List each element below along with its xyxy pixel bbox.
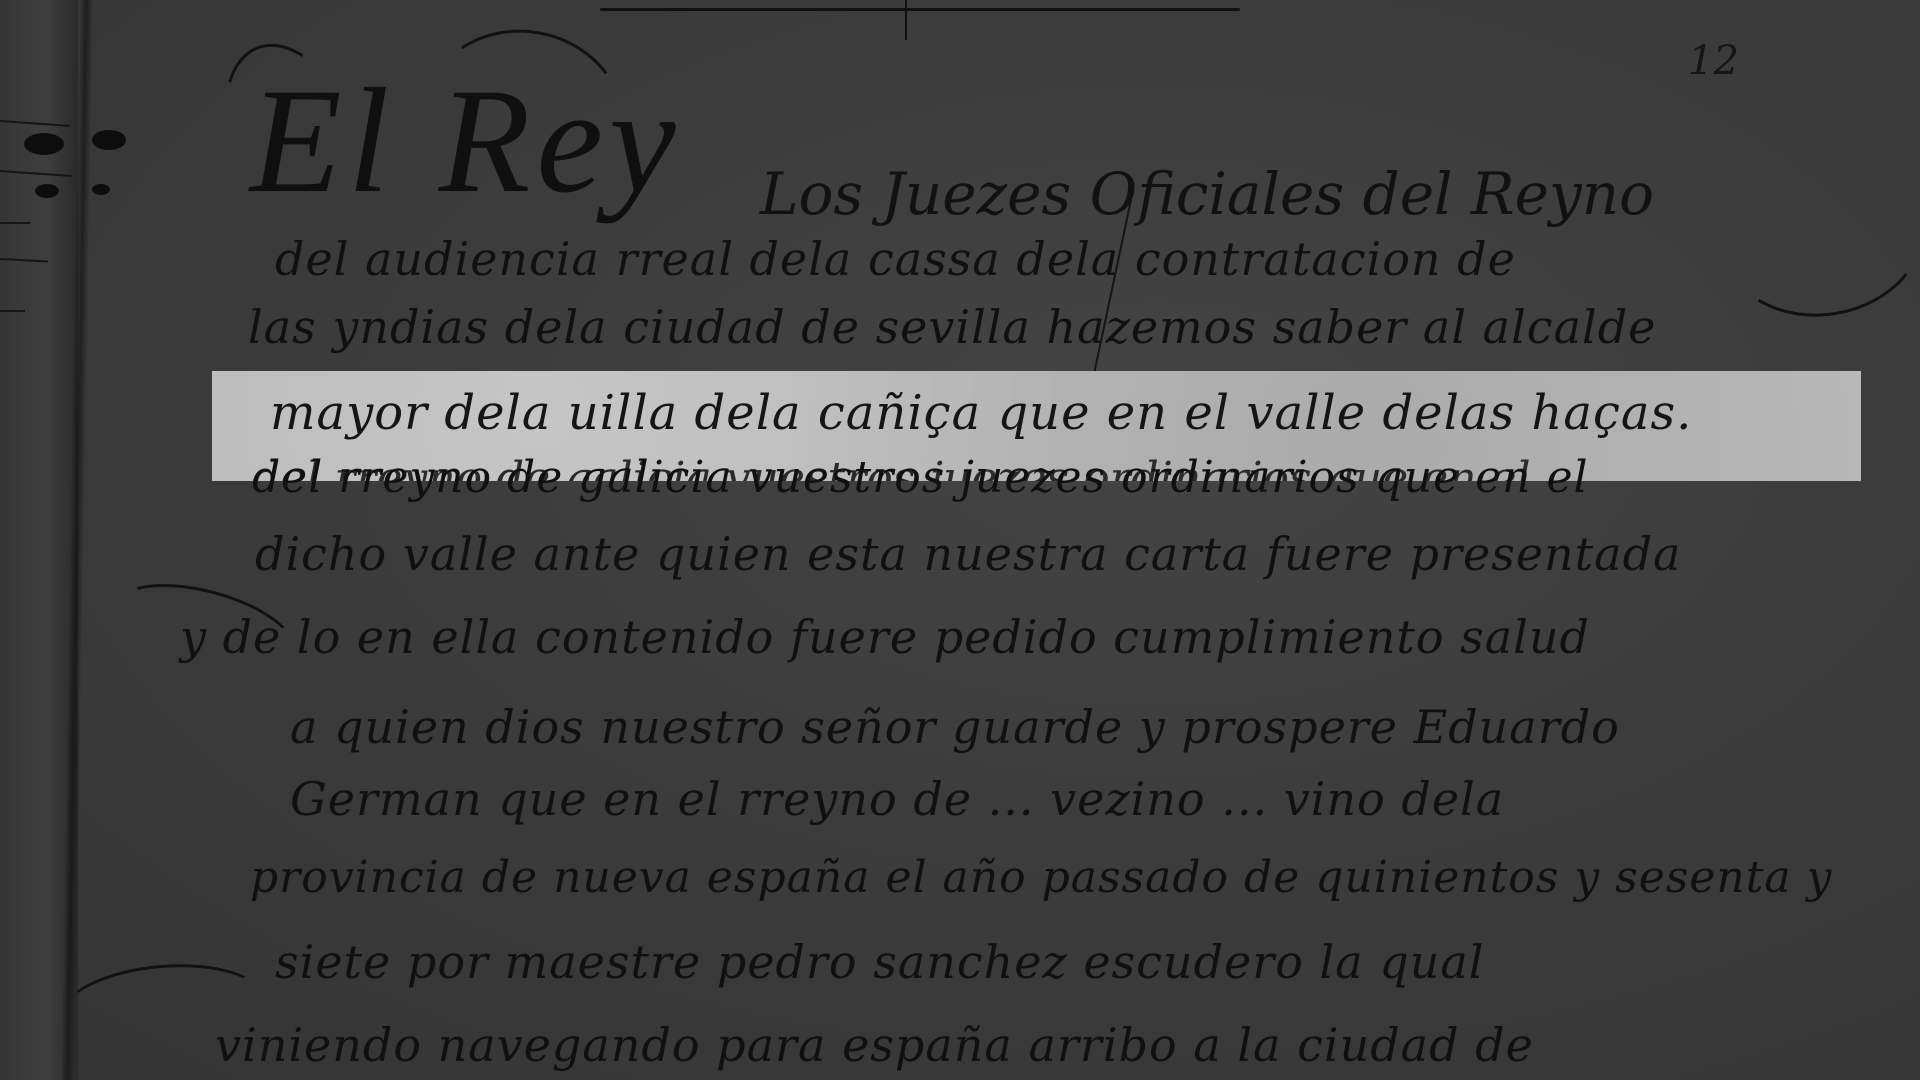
heading-continuation: Los Juezes Oficiales del Reyno: [760, 160, 1654, 228]
manuscript-line: a quien dios nuestro señor guarde y pros…: [290, 700, 1620, 754]
highlighted-line-text: mayor dela uilla dela cañiça que en el v…: [270, 385, 1692, 441]
ink-blot: [92, 130, 126, 150]
margin-ink-stroke: [0, 310, 25, 312]
manuscript-line: provincia de nueva españa el año passado…: [250, 852, 1833, 903]
manuscript-line: del rreyno de galicia vuestros juezes or…: [252, 452, 1589, 503]
top-ink-tick: [905, 0, 907, 40]
manuscript-line: y de lo en ella contenido fuere pedido c…: [180, 610, 1590, 664]
document-heading: El Rey: [250, 55, 682, 227]
top-ink-rule: [600, 8, 1240, 11]
manuscript-line: German que en el rreyno de ... vezino ..…: [290, 772, 1504, 826]
manuscript-line: las yndias dela ciudad de sevilla hazemo…: [248, 300, 1656, 354]
manuscript-page: 12 El Rey Los Juezes Oficiales del Reyno…: [0, 0, 1920, 1080]
heading-flourish: [1707, 133, 1920, 332]
page-number: 12: [1688, 38, 1739, 84]
manuscript-line: viniendo navegando para españa arribo a …: [215, 1018, 1534, 1072]
ink-blot: [24, 133, 64, 155]
manuscript-line: del audiencia rreal dela cassa dela cont…: [275, 232, 1516, 286]
margin-ink-stroke: [0, 222, 30, 224]
margin-flourish: [105, 567, 304, 689]
manuscript-line: dicho valle ante quien esta nuestra cart…: [255, 527, 1681, 581]
ink-blot: [35, 184, 59, 198]
ink-blot: [92, 184, 110, 195]
manuscript-line: siete por maestre pedro sanchez escudero…: [275, 935, 1485, 989]
